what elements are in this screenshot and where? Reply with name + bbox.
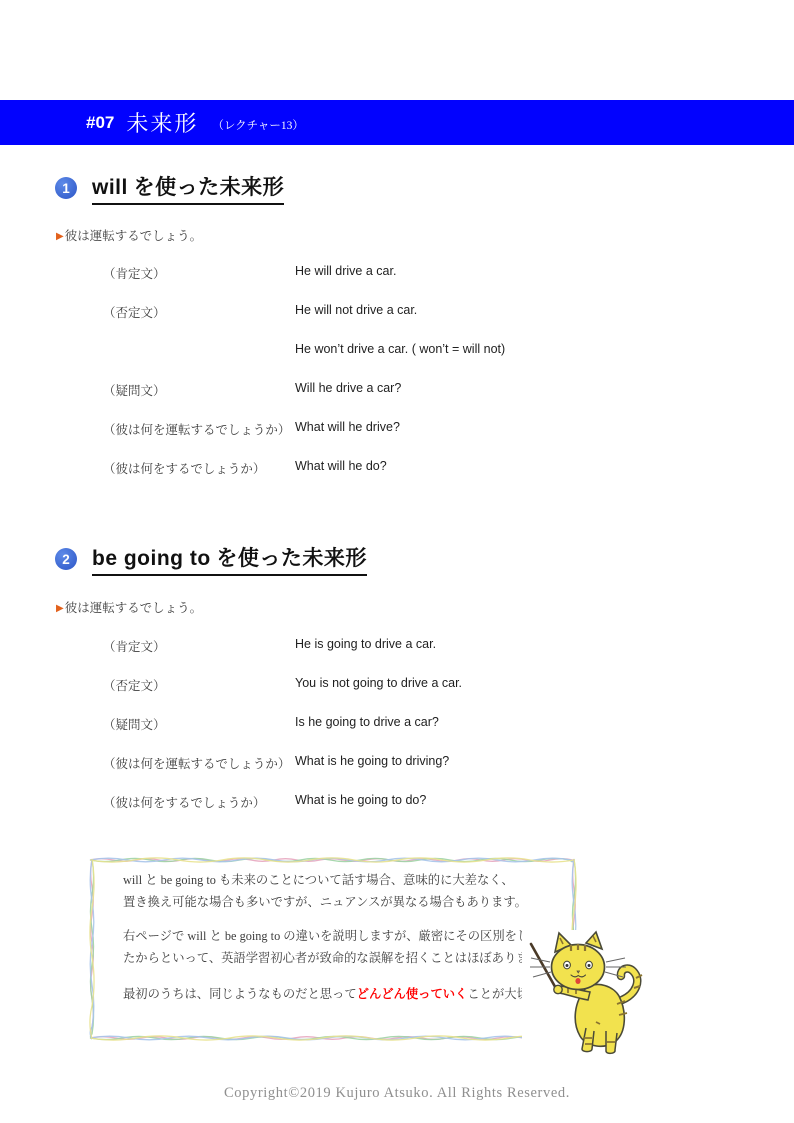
section-2-intro: ▶彼は運転するでしょう。 xyxy=(56,598,202,616)
row-english: What will he drive? xyxy=(295,420,400,434)
example-row: （否定文） You is not going to drive a car. xyxy=(103,676,743,715)
example-row: （否定文） He will not drive a car. xyxy=(103,303,743,342)
example-row: （彼は何を運転するでしょうか） What is he going to driv… xyxy=(103,754,743,793)
row-english: You is not going to drive a car. xyxy=(295,676,462,690)
example-row: （疑問文） Is he going to drive a car? xyxy=(103,715,743,754)
row-label: （彼は何を運転するでしょうか） xyxy=(103,754,295,772)
row-english: What will he do? xyxy=(295,459,387,473)
row-english: Will he drive a car? xyxy=(295,381,401,395)
row-label: （彼は何をするでしょうか） xyxy=(103,793,295,811)
note-line: 最初のうちは、同じようなものだと思ってどんどん使っていくことが大切です。 xyxy=(123,983,565,1005)
example-row: He won’t drive a car. ( won’t = will not… xyxy=(103,342,743,381)
row-label: （彼は何を運転するでしょうか） xyxy=(103,420,295,438)
note-line: will と be going to も未来のことについて話す場合、意味的に大差… xyxy=(123,869,514,891)
section-2-badge: 2 xyxy=(55,548,77,570)
lesson-number: #07 xyxy=(86,113,114,133)
row-english: He will drive a car. xyxy=(295,264,396,278)
row-label: （肯定文） xyxy=(103,264,295,282)
row-label: （疑問文） xyxy=(103,715,295,733)
example-row: （疑問文） Will he drive a car? xyxy=(103,381,743,420)
section-1-examples: （肯定文） He will drive a car. （否定文） He will… xyxy=(103,264,743,498)
section-2-heading: 2 be going to を使った未来形 xyxy=(55,542,367,576)
title-bar: #07 未来形 （レクチャー13） xyxy=(0,100,794,145)
row-english: He is going to drive a car. xyxy=(295,637,436,651)
note-line: たからといって、英語学習初心者が致命的な誤解を招くことはほぼありません。 xyxy=(123,947,566,969)
row-english: What is he going to driving? xyxy=(295,754,449,768)
section-1-heading: 1 will を使った未来形 xyxy=(55,171,284,205)
section-1-title-en: will xyxy=(92,176,128,199)
section-1-title: will を使った未来形 xyxy=(92,171,284,205)
note-line: 右ページで will と be going to の違いを説明しますが、厳密にそ… xyxy=(123,925,566,947)
example-row: （彼は何を運転するでしょうか） What will he drive? xyxy=(103,420,743,459)
section-1-intro: ▶彼は運転するでしょう。 xyxy=(56,226,202,244)
triangle-marker-icon: ▶ xyxy=(56,603,64,614)
example-row: （肯定文） He will drive a car. xyxy=(103,264,743,303)
row-english: He won’t drive a car. ( won’t = will not… xyxy=(295,342,505,356)
row-english: Is he going to drive a car? xyxy=(295,715,439,729)
cat-mascot-illustration xyxy=(522,930,662,1058)
section-2-intro-text: 彼は運転するでしょう。 xyxy=(65,601,202,615)
row-label: （彼は何をするでしょうか） xyxy=(103,459,295,477)
note-line: 置き換え可能な場合も多いですが、ニュアンスが異なる場合もあります。 xyxy=(123,891,527,913)
row-label: （否定文） xyxy=(103,303,295,321)
worksheet-page: #07 未来形 （レクチャー13） 1 will を使った未来形 ▶彼は運転する… xyxy=(0,0,794,1123)
section-2-title-ja: を使った未来形 xyxy=(211,546,367,570)
section-2-examples: （肯定文） He is going to drive a car. （否定文） … xyxy=(103,637,743,832)
row-english: What is he going to do? xyxy=(295,793,426,807)
row-label: （否定文） xyxy=(103,676,295,694)
section-2-title: be going to を使った未来形 xyxy=(92,542,367,576)
note-line-pre: 最初のうちは、同じようなものだと思って xyxy=(123,987,357,1001)
row-label: （疑問文） xyxy=(103,381,295,399)
note-box: will と be going to も未来のことについて話す場合、意味的に大差… xyxy=(88,855,578,1043)
example-row: （彼は何をするでしょうか） What is he going to do? xyxy=(103,793,743,832)
row-english: He will not drive a car. xyxy=(295,303,417,317)
triangle-marker-icon: ▶ xyxy=(56,231,64,242)
row-label: （肯定文） xyxy=(103,637,295,655)
example-row: （彼は何をするでしょうか） What will he do? xyxy=(103,459,743,498)
note-line-emphasis: どんどん使っていく xyxy=(357,987,468,1001)
section-1-intro-text: 彼は運転するでしょう。 xyxy=(65,229,202,243)
page-title: 未来形 xyxy=(126,107,198,138)
section-1-title-ja: を使った未来形 xyxy=(128,175,284,199)
copyright-footer: Copyright©2019 Kujuro Atsuko. All Rights… xyxy=(0,1085,794,1102)
example-row: （肯定文） He is going to drive a car. xyxy=(103,637,743,676)
section-1-badge: 1 xyxy=(55,177,77,199)
lecture-subtitle: （レクチャー13） xyxy=(212,117,303,133)
section-2-title-en: be going to xyxy=(92,547,211,570)
